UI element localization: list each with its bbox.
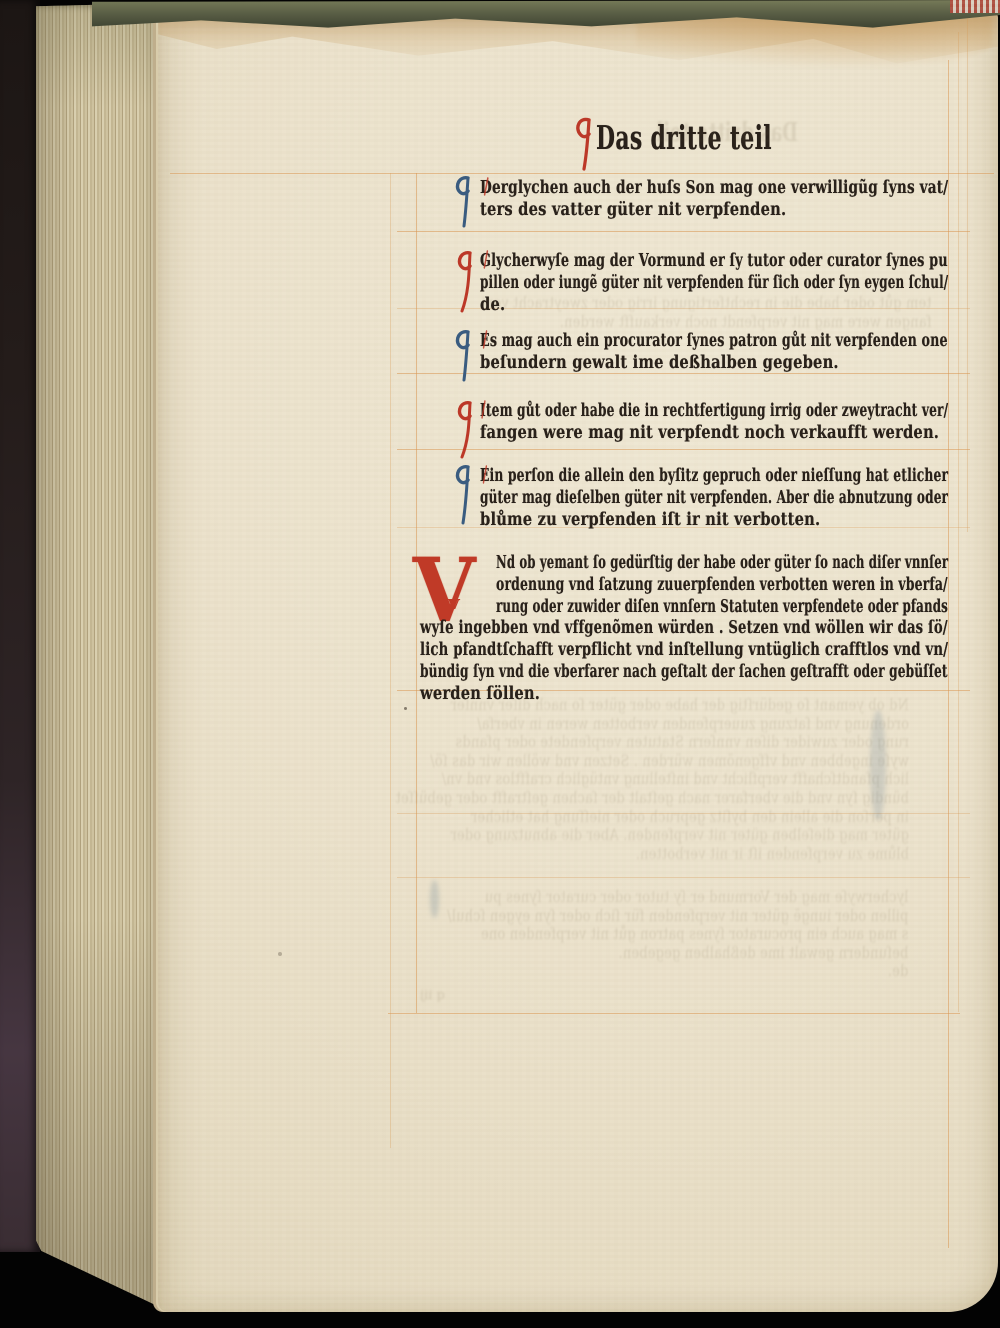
paragraph: Ein perſon die allein den byſitz gepruch… (480, 466, 1000, 531)
text-line: ters des vatter güter nit verpfenden. (480, 200, 786, 222)
ruling-line (390, 173, 391, 1148)
page-fore-edges (36, 3, 168, 1311)
book-scan: Das dritte teil Derglychen auch der huſs… (0, 0, 1000, 1328)
top-right-stain (636, 16, 992, 68)
bleedthrough-signature: q iij (420, 988, 445, 1003)
text-line: wyſe ingebben vnd vffgenõmen würden . Se… (420, 618, 948, 640)
text-line: lich pfandtſchafft verpflicht vnd inſtel… (420, 640, 948, 662)
dust-speck (547, 471, 549, 473)
rubricated-initial: I (480, 401, 486, 423)
pilcrow-icon (456, 250, 473, 314)
pilcrow-icon (454, 175, 471, 229)
rubricated-initial: E (480, 331, 490, 353)
text-line: rung oder zuwider diſen vnnſern Statuten… (496, 597, 948, 619)
text-line: güter mag dieſelben güter nit verpfenden… (480, 488, 948, 510)
text-line: beſundern gewalt ime deßhalben gegeben. (480, 353, 839, 375)
rubricated-initial: D (480, 178, 492, 200)
rubricated-initial: E (480, 466, 490, 488)
pilcrow-icon (454, 329, 471, 383)
text-line: bündig ſyn vnd die vberfarer nach geſtal… (420, 662, 948, 684)
text-line: tem gůt oder habe die in rechtfertigung … (486, 401, 948, 421)
text-line: pillen oder iungẽ güter nit verpfenden f… (480, 273, 948, 295)
ruling-line (388, 1013, 960, 1014)
pilcrow-icon (456, 400, 473, 460)
book-page: Das dritte teil Derglychen auch der huſs… (158, 12, 998, 1312)
ruling-line (397, 231, 970, 232)
text-line: fangen were mag nit verpfendt noch verka… (480, 423, 939, 445)
text-line: lycherwyſe mag der Vormund er ſy tutor o… (491, 251, 948, 271)
ruling-line (170, 173, 994, 174)
text-line: erglychen auch der huſs Son mag one verw… (492, 178, 948, 198)
text-line: Nd ob yemant ſo gedürſtig der habe oder … (496, 553, 948, 575)
cloth-corner (950, 0, 1000, 13)
ruling-line (397, 449, 970, 450)
bleedthrough-text: lycherwyſe mag der Vormund er ſy tutor o… (472, 888, 909, 981)
paragraph: Nd ob yemant ſo gedürſtig der habe oder … (420, 553, 1000, 706)
paragraph: Es mag auch ein procurator ſynes patron … (480, 331, 1000, 375)
pilcrow-icon (454, 464, 471, 526)
text-line: in perſon die allein den byſitz gepruch … (490, 466, 949, 486)
bleedthrough-pilcrow (430, 880, 439, 918)
paragraph: Derglychen auch der huſs Son mag one ver… (480, 178, 1000, 222)
dust-speck (404, 707, 407, 710)
book-cover-edge (0, 0, 40, 1252)
bleedthrough-pilcrow (870, 710, 886, 820)
rubricated-initial: G (480, 251, 491, 273)
pilcrow-icon (574, 116, 592, 172)
text-line: s mag auch ein procurator ſynes patron g… (490, 331, 948, 351)
ruling-line (397, 877, 970, 878)
text-line: ordenung vnd ſatzung zuuerpfenden verbot… (496, 575, 948, 597)
text-line: blůme zu verpfenden iſt ir nit verbotten… (480, 510, 820, 532)
bleedthrough-text: tem gůt oder habe die in rechtfertigung … (654, 294, 931, 331)
paragraph: Item gůt oder habe die in rechtfertigung… (480, 401, 1000, 445)
dust-speck (278, 952, 282, 956)
bleedthrough-heading: Das dritte teil (628, 118, 828, 148)
fore-edge-shading (36, 3, 168, 1311)
bleedthrough-text: Nd ob yemant ſo gedürſtig der habe oder … (468, 696, 909, 863)
